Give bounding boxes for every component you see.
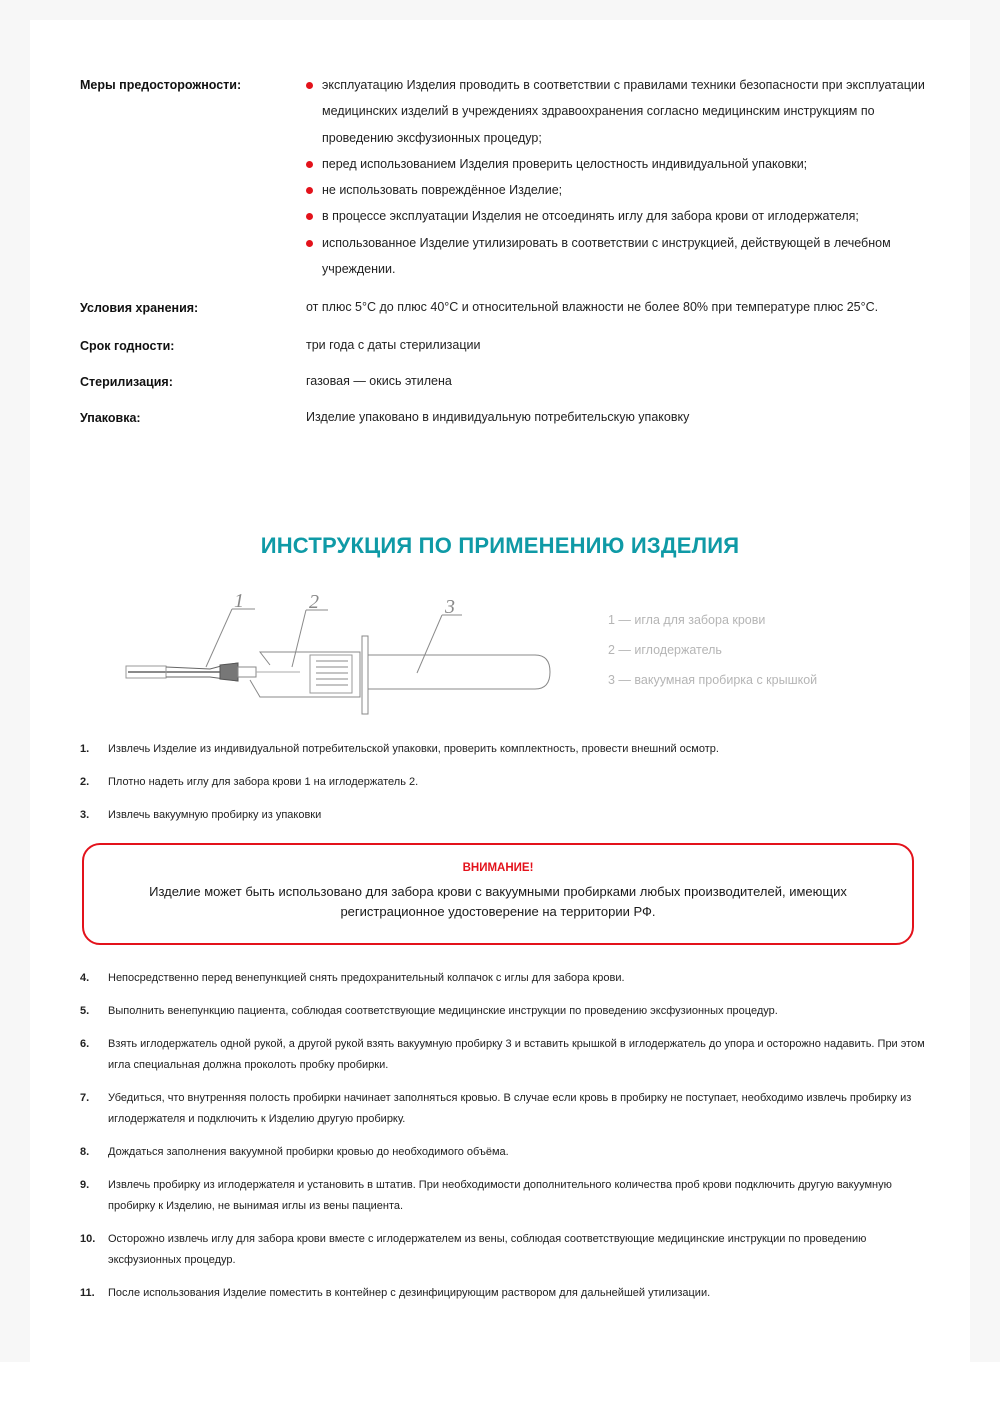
step-number: 11. bbox=[80, 1283, 108, 1304]
instruction-step: 8. Дождаться заполнения вакуумной пробир… bbox=[80, 1142, 930, 1163]
diagram-legend: 1 — игла для забора крови 2 — иглодержат… bbox=[608, 610, 817, 700]
callout-3: 3 bbox=[444, 596, 455, 618]
sterilization-row: Стерилизация: газовая — окись этилена bbox=[80, 369, 930, 395]
instruction-step: 7. Убедиться, что внутренняя полость про… bbox=[80, 1088, 930, 1130]
callout-1: 1 bbox=[234, 590, 244, 612]
step-text: Взять иглодержатель одной рукой, а друго… bbox=[108, 1034, 930, 1076]
instruction-step: 4. Непосредственно перед венепункцией сн… bbox=[80, 968, 930, 989]
step-text: После использования Изделие поместить в … bbox=[108, 1283, 930, 1304]
blood-collection-device-diagram: 1 2 3 bbox=[120, 585, 580, 720]
step-number: 2. bbox=[80, 772, 108, 793]
shelf-life-label: Срок годности: bbox=[80, 333, 306, 359]
precaution-item: перед использованием Изделия проверить ц… bbox=[306, 151, 930, 177]
step-number: 5. bbox=[80, 1001, 108, 1022]
sterilization-value: газовая — окись этилена bbox=[306, 369, 930, 395]
instruction-steps-4-11: 4. Непосредственно перед венепункцией сн… bbox=[80, 968, 930, 1316]
step-text: Непосредственно перед венепункцией снять… bbox=[108, 968, 930, 989]
step-number: 1. bbox=[80, 739, 108, 760]
shelf-life-value: три года с даты стерилизации bbox=[306, 333, 930, 359]
precautions-row: Меры предосторожности: эксплуатацию Изде… bbox=[80, 72, 930, 282]
section-title: ИНСТРУКЦИЯ ПО ПРИМЕНЕНИЮ ИЗДЕЛИЯ bbox=[0, 533, 1000, 559]
step-number: 7. bbox=[80, 1088, 108, 1130]
step-number: 10. bbox=[80, 1229, 108, 1271]
product-properties: Меры предосторожности: эксплуатацию Изде… bbox=[80, 72, 930, 431]
packaging-label: Упаковка: bbox=[80, 405, 306, 431]
instruction-step: 6. Взять иглодержатель одной рукой, а др… bbox=[80, 1034, 930, 1076]
instruction-step: 1. Извлечь Изделие из индивидуальной пот… bbox=[80, 739, 930, 760]
instruction-step: 11. После использования Изделие поместит… bbox=[80, 1283, 930, 1304]
legend-item-tube: 3 — вакуумная пробирка с крышкой bbox=[608, 670, 817, 700]
packaging-row: Упаковка: Изделие упаковано в индивидуал… bbox=[80, 405, 930, 431]
callout-2: 2 bbox=[309, 591, 319, 613]
storage-row: Условия хранения: от плюс 5°С до плюс 40… bbox=[80, 295, 930, 321]
precaution-item: не использовать повреждённое Изделие; bbox=[306, 177, 930, 203]
storage-label: Условия хранения: bbox=[80, 295, 306, 321]
packaging-value: Изделие упаковано в индивидуальную потре… bbox=[306, 405, 930, 431]
warning-box: ВНИМАНИЕ! Изделие может быть использован… bbox=[82, 843, 914, 945]
instruction-step: 10. Осторожно извлечь иглу для забора кр… bbox=[80, 1229, 930, 1271]
instruction-step: 9. Извлечь пробирку из иглодержателя и у… bbox=[80, 1175, 930, 1217]
legend-item-holder: 2 — иглодержатель bbox=[608, 640, 817, 670]
precaution-item: в процессе эксплуатации Изделия не отсое… bbox=[306, 203, 930, 229]
step-number: 3. bbox=[80, 805, 108, 826]
precautions-label: Меры предосторожности: bbox=[80, 72, 306, 282]
legend-item-needle: 1 — игла для забора крови bbox=[608, 610, 817, 640]
sterilization-label: Стерилизация: bbox=[80, 369, 306, 395]
step-text: Убедиться, что внутренняя полость пробир… bbox=[108, 1088, 930, 1130]
precaution-item: использованное Изделие утилизировать в с… bbox=[306, 230, 930, 283]
instruction-step: 2. Плотно надеть иглу для забора крови 1… bbox=[80, 772, 930, 793]
step-text: Извлечь Изделие из индивидуальной потреб… bbox=[108, 739, 930, 760]
step-text: Извлечь пробирку из иглодержателя и уста… bbox=[108, 1175, 930, 1217]
precaution-item: эксплуатацию Изделия проводить в соответ… bbox=[306, 72, 930, 151]
step-number: 6. bbox=[80, 1034, 108, 1076]
step-text: Плотно надеть иглу для забора крови 1 на… bbox=[108, 772, 930, 793]
step-text: Выполнить венепункцию пациента, соблюдая… bbox=[108, 1001, 930, 1022]
instruction-step: 5. Выполнить венепункцию пациента, соблю… bbox=[80, 1001, 930, 1022]
step-number: 9. bbox=[80, 1175, 108, 1217]
warning-text: Изделие может быть использовано для забо… bbox=[84, 882, 912, 922]
shelf-life-row: Срок годности: три года с даты стерилиза… bbox=[80, 333, 930, 359]
instruction-steps-1-3: 1. Извлечь Изделие из индивидуальной пот… bbox=[80, 739, 930, 838]
step-text: Осторожно извлечь иглу для забора крови … bbox=[108, 1229, 930, 1271]
step-text: Дождаться заполнения вакуумной пробирки … bbox=[108, 1142, 930, 1163]
step-number: 8. bbox=[80, 1142, 108, 1163]
step-text: Извлечь вакуумную пробирку из упаковки bbox=[108, 805, 930, 826]
step-number: 4. bbox=[80, 968, 108, 989]
precautions-list: эксплуатацию Изделия проводить в соответ… bbox=[306, 72, 930, 282]
storage-value: от плюс 5°С до плюс 40°С и относительной… bbox=[306, 295, 930, 321]
instruction-step: 3. Извлечь вакуумную пробирку из упаковк… bbox=[80, 805, 930, 826]
warning-title: ВНИМАНИЕ! bbox=[84, 862, 912, 874]
